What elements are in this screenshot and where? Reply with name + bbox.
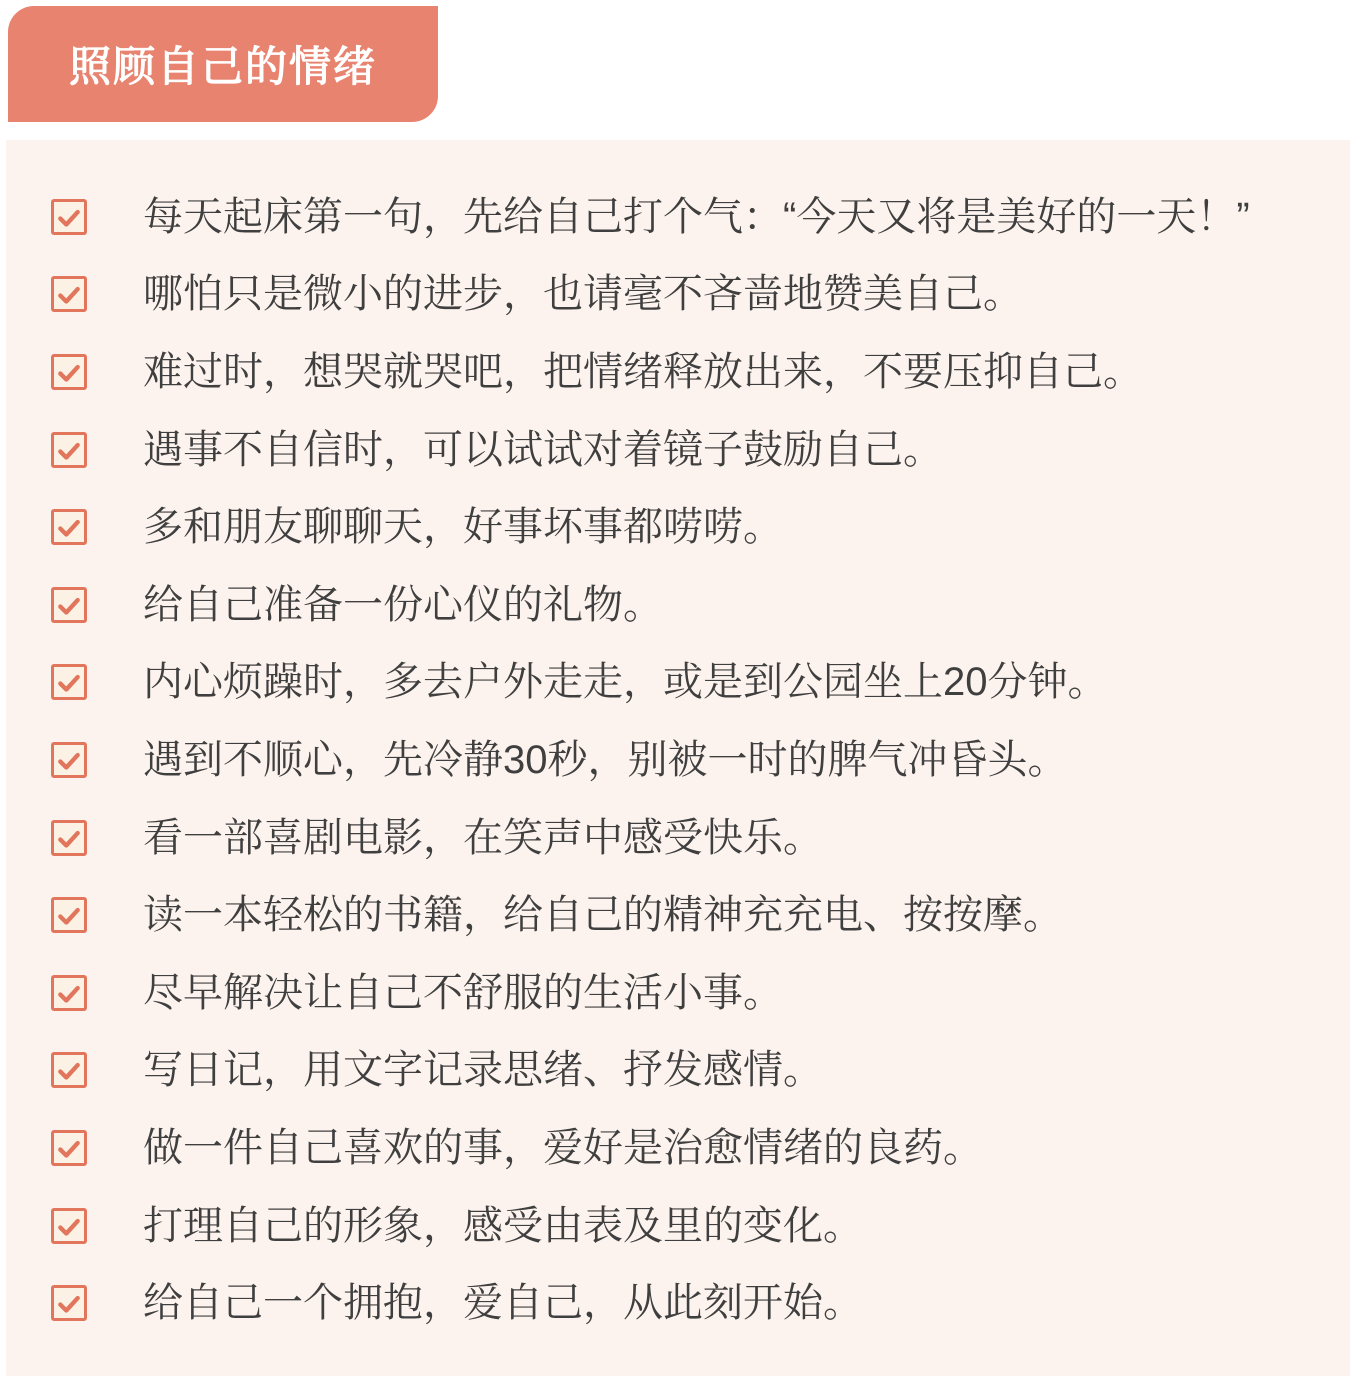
checkmark-icon <box>56 1291 82 1317</box>
checklist-item-label: 尽早解决让自己不舒服的生活小事。 <box>143 973 783 1013</box>
checkbox-checked[interactable] <box>51 1285 87 1321</box>
checkmark-icon <box>56 826 82 852</box>
checkbox-checked[interactable] <box>51 1130 87 1166</box>
checklist-item-label: 每天起床第一句，先给自己打个气：“今天又将是美好的一天！” <box>143 197 1250 237</box>
header-banner: 照顾自己的情绪 <box>8 6 438 122</box>
checkbox-checked[interactable] <box>51 276 87 312</box>
checklist-item: 打理自己的形象，感受由表及里的变化。 <box>6 1187 1350 1265</box>
checkbox-checked[interactable] <box>51 1052 87 1088</box>
checklist-item: 遇到不顺心，先冷静30秒，别被一时的脾气冲昏头。 <box>6 721 1350 799</box>
checkbox-checked[interactable] <box>51 1208 87 1244</box>
checklist-panel: 每天起床第一句，先给自己打个气：“今天又将是美好的一天！” 哪怕只是微小的进步，… <box>6 140 1350 1376</box>
checklist-item-label: 遇到不顺心，先冷静30秒，别被一时的脾气冲昏头。 <box>143 740 1068 780</box>
checkmark-icon <box>56 515 82 541</box>
checkmark-icon <box>56 1214 82 1240</box>
checklist-item-label: 看一部喜剧电影，在笑声中感受快乐。 <box>143 818 823 858</box>
checkbox-checked[interactable] <box>51 897 87 933</box>
checklist-item: 多和朋友聊聊天，好事坏事都唠唠。 <box>6 488 1350 566</box>
checklist-item-label: 做一件自己喜欢的事，爱好是治愈情绪的良药。 <box>143 1128 983 1168</box>
checkbox-checked[interactable] <box>51 742 87 778</box>
checklist-item: 写日记，用文字记录思绪、抒发感情。 <box>6 1032 1350 1110</box>
checklist-item: 给自己准备一份心仪的礼物。 <box>6 566 1350 644</box>
checklist-item-label: 难过时，想哭就哭吧，把情绪释放出来，不要压抑自己。 <box>143 352 1143 392</box>
checklist-item: 给自己一个拥抱，爱自己，从此刻开始。 <box>6 1264 1350 1342</box>
checkmark-icon <box>56 748 82 774</box>
checkmark-icon <box>56 438 82 464</box>
checkbox-checked[interactable] <box>51 820 87 856</box>
checklist-item: 看一部喜剧电影，在笑声中感受快乐。 <box>6 799 1350 877</box>
checkmark-icon <box>56 981 82 1007</box>
checklist-item: 读一本轻松的书籍，给自己的精神充充电、按按摩。 <box>6 876 1350 954</box>
checklist-item: 内心烦躁时，多去户外走走，或是到公园坐上20分钟。 <box>6 644 1350 722</box>
page-title: 照顾自己的情绪 <box>69 34 377 94</box>
checklist-item: 遇事不自信时，可以试试对着镜子鼓励自己。 <box>6 411 1350 489</box>
checklist-item-label: 读一本轻松的书籍，给自己的精神充充电、按按摩。 <box>143 895 1063 935</box>
checklist-item-label: 内心烦躁时，多去户外走走，或是到公园坐上20分钟。 <box>143 662 1108 702</box>
checklist-item: 做一件自己喜欢的事，爱好是治愈情绪的良药。 <box>6 1109 1350 1187</box>
checkbox-checked[interactable] <box>51 664 87 700</box>
checkmark-icon <box>56 1136 82 1162</box>
checklist-item: 哪怕只是微小的进步，也请毫不吝啬地赞美自己。 <box>6 256 1350 334</box>
checkbox-checked[interactable] <box>51 199 87 235</box>
checkbox-checked[interactable] <box>51 975 87 1011</box>
checkmark-icon <box>56 282 82 308</box>
checkbox-checked[interactable] <box>51 354 87 390</box>
page: 照顾自己的情绪 每天起床第一句，先给自己打个气：“今天又将是美好的一天！” 哪怕… <box>0 0 1356 1382</box>
checklist-item: 尽早解决让自己不舒服的生活小事。 <box>6 954 1350 1032</box>
checkbox-checked[interactable] <box>51 509 87 545</box>
checklist-item-label: 打理自己的形象，感受由表及里的变化。 <box>143 1206 863 1246</box>
checklist-item-label: 给自己准备一份心仪的礼物。 <box>143 585 663 625</box>
checkmark-icon <box>56 205 82 231</box>
checkbox-checked[interactable] <box>51 432 87 468</box>
checkbox-checked[interactable] <box>51 587 87 623</box>
checklist-item: 难过时，想哭就哭吧，把情绪释放出来，不要压抑自己。 <box>6 333 1350 411</box>
checkmark-icon <box>56 903 82 929</box>
checklist-item-label: 哪怕只是微小的进步，也请毫不吝啬地赞美自己。 <box>143 274 1023 314</box>
checklist-item: 每天起床第一句，先给自己打个气：“今天又将是美好的一天！” <box>6 178 1350 256</box>
checklist-item-label: 写日记，用文字记录思绪、抒发感情。 <box>143 1050 823 1090</box>
checklist-item-label: 遇事不自信时，可以试试对着镜子鼓励自己。 <box>143 430 943 470</box>
checkmark-icon <box>56 1058 82 1084</box>
checkmark-icon <box>56 360 82 386</box>
checklist-item-label: 多和朋友聊聊天，好事坏事都唠唠。 <box>143 507 783 547</box>
checkmark-icon <box>56 670 82 696</box>
checkmark-icon <box>56 593 82 619</box>
checklist-item-label: 给自己一个拥抱，爱自己，从此刻开始。 <box>143 1283 863 1323</box>
